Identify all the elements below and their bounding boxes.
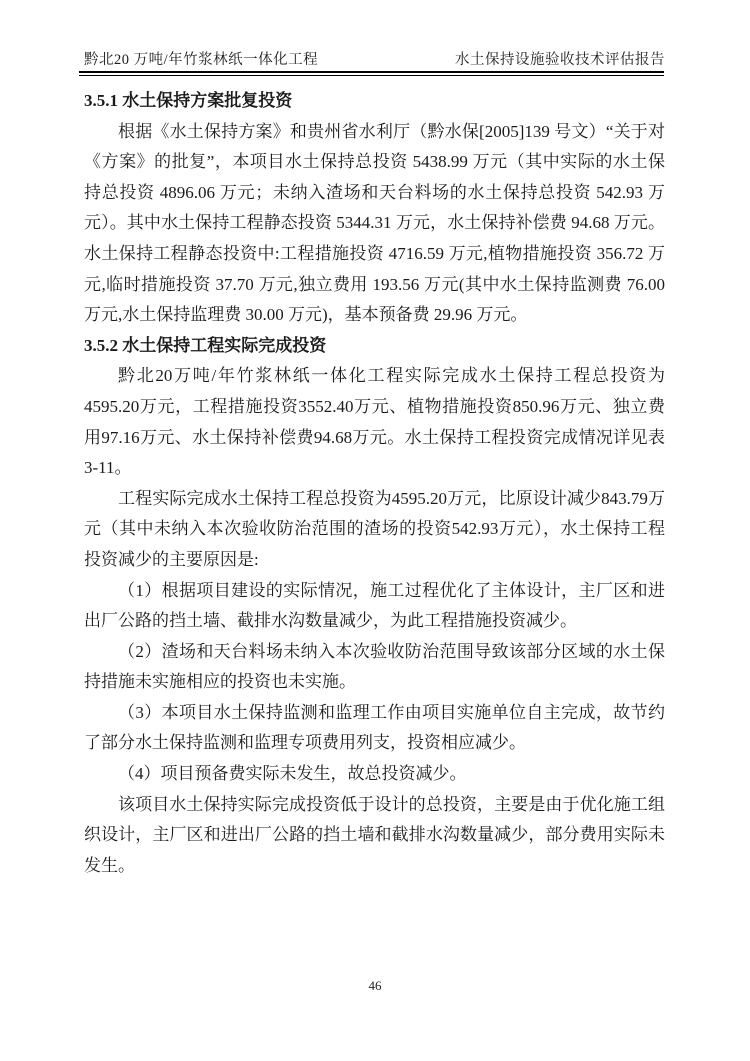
header-divider-rule	[79, 71, 664, 76]
header-project-title: 黔北20 万吨/年竹浆林纸一体化工程	[84, 48, 318, 69]
paragraph: （4）项目预备费实际未发生，故总投资减少。	[84, 759, 665, 790]
page-body: 3.5.1 水土保持方案批复投资 根据《水土保持方案》和贵州省水利厅（黔水保[2…	[84, 86, 665, 881]
paragraph: （3）本项目水土保持监测和监理工作由项目实施单位自主完成，故节约了部分水土保持监…	[84, 698, 665, 759]
running-header: 黔北20 万吨/年竹浆林纸一体化工程 水土保持设施验收技术评估报告	[84, 48, 665, 69]
header-report-title: 水土保持设施验收技术评估报告	[455, 48, 665, 69]
paragraph: 黔北20万吨/年竹浆林纸一体化工程实际完成水土保持工程总投资为4595.20万元…	[84, 361, 665, 483]
paragraph: （1）根据项目建设的实际情况，施工过程优化了主体设计，主厂区和进出厂公路的挡土墙…	[84, 576, 665, 637]
section-heading-3-5-2: 3.5.2 水土保持工程实际完成投资	[84, 331, 665, 362]
paragraph: 根据《水土保持方案》和贵州省水利厅（黔水保[2005]139 号文）“关于对《方…	[84, 117, 665, 331]
paragraph: （2）渣场和天台料场未纳入本次验收防治范围导致该部分区域的水土保持措施未实施相应…	[84, 637, 665, 698]
paragraph: 该项目水土保持实际完成投资低于设计的总投资，主要是由于优化施工组织设计，主厂区和…	[84, 790, 665, 882]
document-page: 黔北20 万吨/年竹浆林纸一体化工程 水土保持设施验收技术评估报告 3.5.1 …	[0, 0, 750, 1061]
paragraph: 工程实际完成水土保持工程总投资为4595.20万元，比原设计减少843.79万元…	[84, 484, 665, 576]
page-footer: 46	[0, 978, 750, 994]
section-heading-3-5-1: 3.5.1 水土保持方案批复投资	[84, 86, 665, 117]
page-number: 46	[369, 978, 382, 993]
